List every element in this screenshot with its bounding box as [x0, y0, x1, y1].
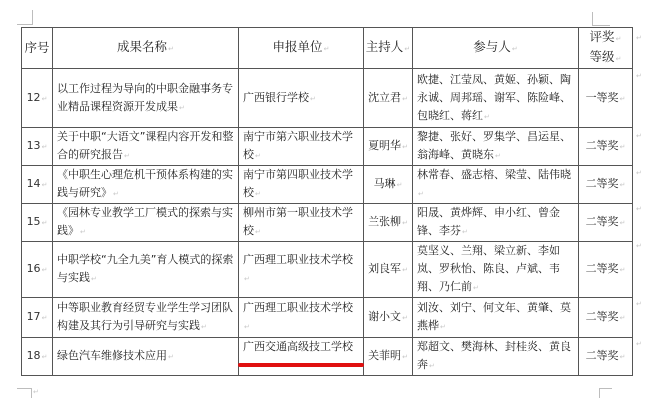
cell-title: 绿色汽车维修技术应用↵ — [53, 338, 239, 376]
page-corner-mark-bottom-left-v — [31, 388, 32, 398]
cell-title: 《园林专业教学工厂模式的探索与实践》↵ — [53, 204, 239, 242]
cell-level: 二等奖↵ — [579, 298, 633, 338]
table-row: 14↵ 《中职生心理危机干预体系构建的实践与研究》↵ 南宁市第四职业技术学校↵ … — [22, 166, 633, 204]
table-row: 16↵ 中职学校“九全九美”育人模式的探索与实践↵ 广西理工职业技术学校↵ 刘良… — [22, 242, 633, 298]
cell-title: 中等职业教育经贸专业学生学习团队构建及其行为引导研究与实践↵ — [53, 298, 239, 338]
page-corner-mark-top-right — [592, 12, 593, 26]
awards-table: 序号 成果名称↵ 申报单位↵ 主持人↵ 参与人↵ 评奖↵等级↵ 12↵ 以工作过… — [21, 27, 633, 376]
cell-title: 以工作过程为导向的中职金融事务专业精品课程资源开发成果↵ — [53, 69, 239, 128]
cell-participants: 黎捷、张好、罗集学、昌运星、翁海峰、黄晓东↵ — [413, 128, 579, 166]
cell-participants: 欧捷、江莹凤、黄姬、孙颖、陶永诚、周邦瑶、谢军、陈险峰、包晓红、蒋红↵ — [413, 69, 579, 128]
cell-host: 沈立君↵ — [364, 69, 413, 128]
cell-host: 兰张柳↵ — [364, 204, 413, 242]
header-host: 主持人↵ — [364, 28, 413, 69]
cell-participants: 林常春、盛志榕、梁莹、陆伟晓↵ — [413, 166, 579, 204]
row-end-mark: ↵ — [636, 132, 642, 140]
cell-num: 18↵ — [22, 338, 53, 376]
cell-num: 17↵ — [22, 298, 53, 338]
cell-host: 谢小文↵ — [364, 298, 413, 338]
cell-title: 中职学校“九全九美”育人模式的探索与实践↵ — [53, 242, 239, 298]
table-row: 12↵ 以工作过程为导向的中职金融事务专业精品课程资源开发成果↵ 广西银行学校↵… — [22, 69, 633, 128]
row-end-mark: ↵ — [636, 340, 642, 348]
row-end-mark: ↵ — [636, 300, 642, 308]
row-end-mark: ↵ — [636, 169, 642, 177]
cell-num: 13↵ — [22, 128, 53, 166]
page-corner-mark-top-right-h — [592, 25, 610, 26]
cell-host: 夏明华↵ — [364, 128, 413, 166]
cell-num: 15↵ — [22, 204, 53, 242]
cell-host: 马琳↵ — [364, 166, 413, 204]
cell-level: 二等奖↵ — [579, 204, 633, 242]
cell-participants: 莫坚义、兰翔、梁立新、李如岚、罗秋怡、陈良、卢斌、韦翔、乃仁前↵ — [413, 242, 579, 298]
cell-unit: 广西银行学校↵ — [239, 69, 364, 128]
cell-level: 一等奖↵ — [579, 69, 633, 128]
row-end-mark: ↵ — [636, 72, 642, 80]
header-title: 成果名称↵ — [53, 28, 239, 69]
cell-level: 二等奖↵ — [579, 166, 633, 204]
cell-host: 刘良军↵ — [364, 242, 413, 298]
table-row: 18↵ 绿色汽车维修技术应用↵ 广西交通高级技工学校↵ 关菲明↵ 郑超文、樊海林… — [22, 338, 633, 376]
page-corner-mark-top-left-h — [17, 24, 31, 25]
page-corner-mark-bottom-right — [600, 388, 612, 389]
cell-num: 16↵ — [22, 242, 53, 298]
row-end-mark: ↵ — [636, 242, 642, 250]
table-row: 17↵ 中等职业教育经贸专业学生学习团队构建及其行为引导研究与实践↵ 广西理工职… — [22, 298, 633, 338]
page-corner-mark-top-left — [31, 10, 33, 25]
cell-level: 二等奖↵ — [579, 242, 633, 298]
cell-participants: 阳晟、黄烨辉、申小红、曾金锋、李芬↵ — [413, 204, 579, 242]
header-num: 序号 — [22, 28, 53, 69]
cell-unit: 柳州市第一职业技术学校↵ — [239, 204, 364, 242]
header-unit: 申报单位↵ — [239, 28, 364, 69]
row-end-mark: ↵ — [636, 205, 642, 213]
cell-unit: 南宁市第六职业技术学校↵ — [239, 128, 364, 166]
cell-num: 14↵ — [22, 166, 53, 204]
cell-unit: 广西理工职业技术学校↵ — [239, 242, 364, 298]
page-corner-mark-bottom-left — [17, 388, 31, 389]
cell-host: 关菲明↵ — [364, 338, 413, 376]
paragraph-mark: ↵ — [33, 388, 39, 396]
table-row: 15↵ 《园林专业教学工厂模式的探索与实践》↵ 柳州市第一职业技术学校↵ 兰张柳… — [22, 204, 633, 242]
red-highlight-underline — [238, 363, 364, 367]
cell-title: 《中职生心理危机干预体系构建的实践与研究》↵ — [53, 166, 239, 204]
cell-unit: 广西理工职业技术学校↵ — [239, 298, 364, 338]
row-end-mark: ↵ — [636, 34, 642, 42]
table-row: 13↵ 关于中职“大语文”课程内容开发和整合的研究报告↵ 南宁市第六职业技术学校… — [22, 128, 633, 166]
cell-title: 关于中职“大语文”课程内容开发和整合的研究报告↵ — [53, 128, 239, 166]
cell-unit: 广西交通高级技工学校↵ — [239, 338, 364, 376]
header-participants: 参与人↵ — [413, 28, 579, 69]
cell-participants: 郑超文、樊海林、封桂炎、黄良奔↵ — [413, 338, 579, 376]
cell-unit: 南宁市第四职业技术学校↵ — [239, 166, 364, 204]
table-header-row: 序号 成果名称↵ 申报单位↵ 主持人↵ 参与人↵ 评奖↵等级↵ — [22, 28, 633, 69]
page-corner-mark-bottom-right-v — [599, 388, 600, 398]
cell-level: 二等奖↵ — [579, 128, 633, 166]
header-level: 评奖↵等级↵ — [579, 28, 633, 69]
cell-level: 二等奖↵ — [579, 338, 633, 376]
cell-participants: 刘汝、刘宁、何文年、黄肇、莫燕桦↵ — [413, 298, 579, 338]
cell-num: 12↵ — [22, 69, 53, 128]
